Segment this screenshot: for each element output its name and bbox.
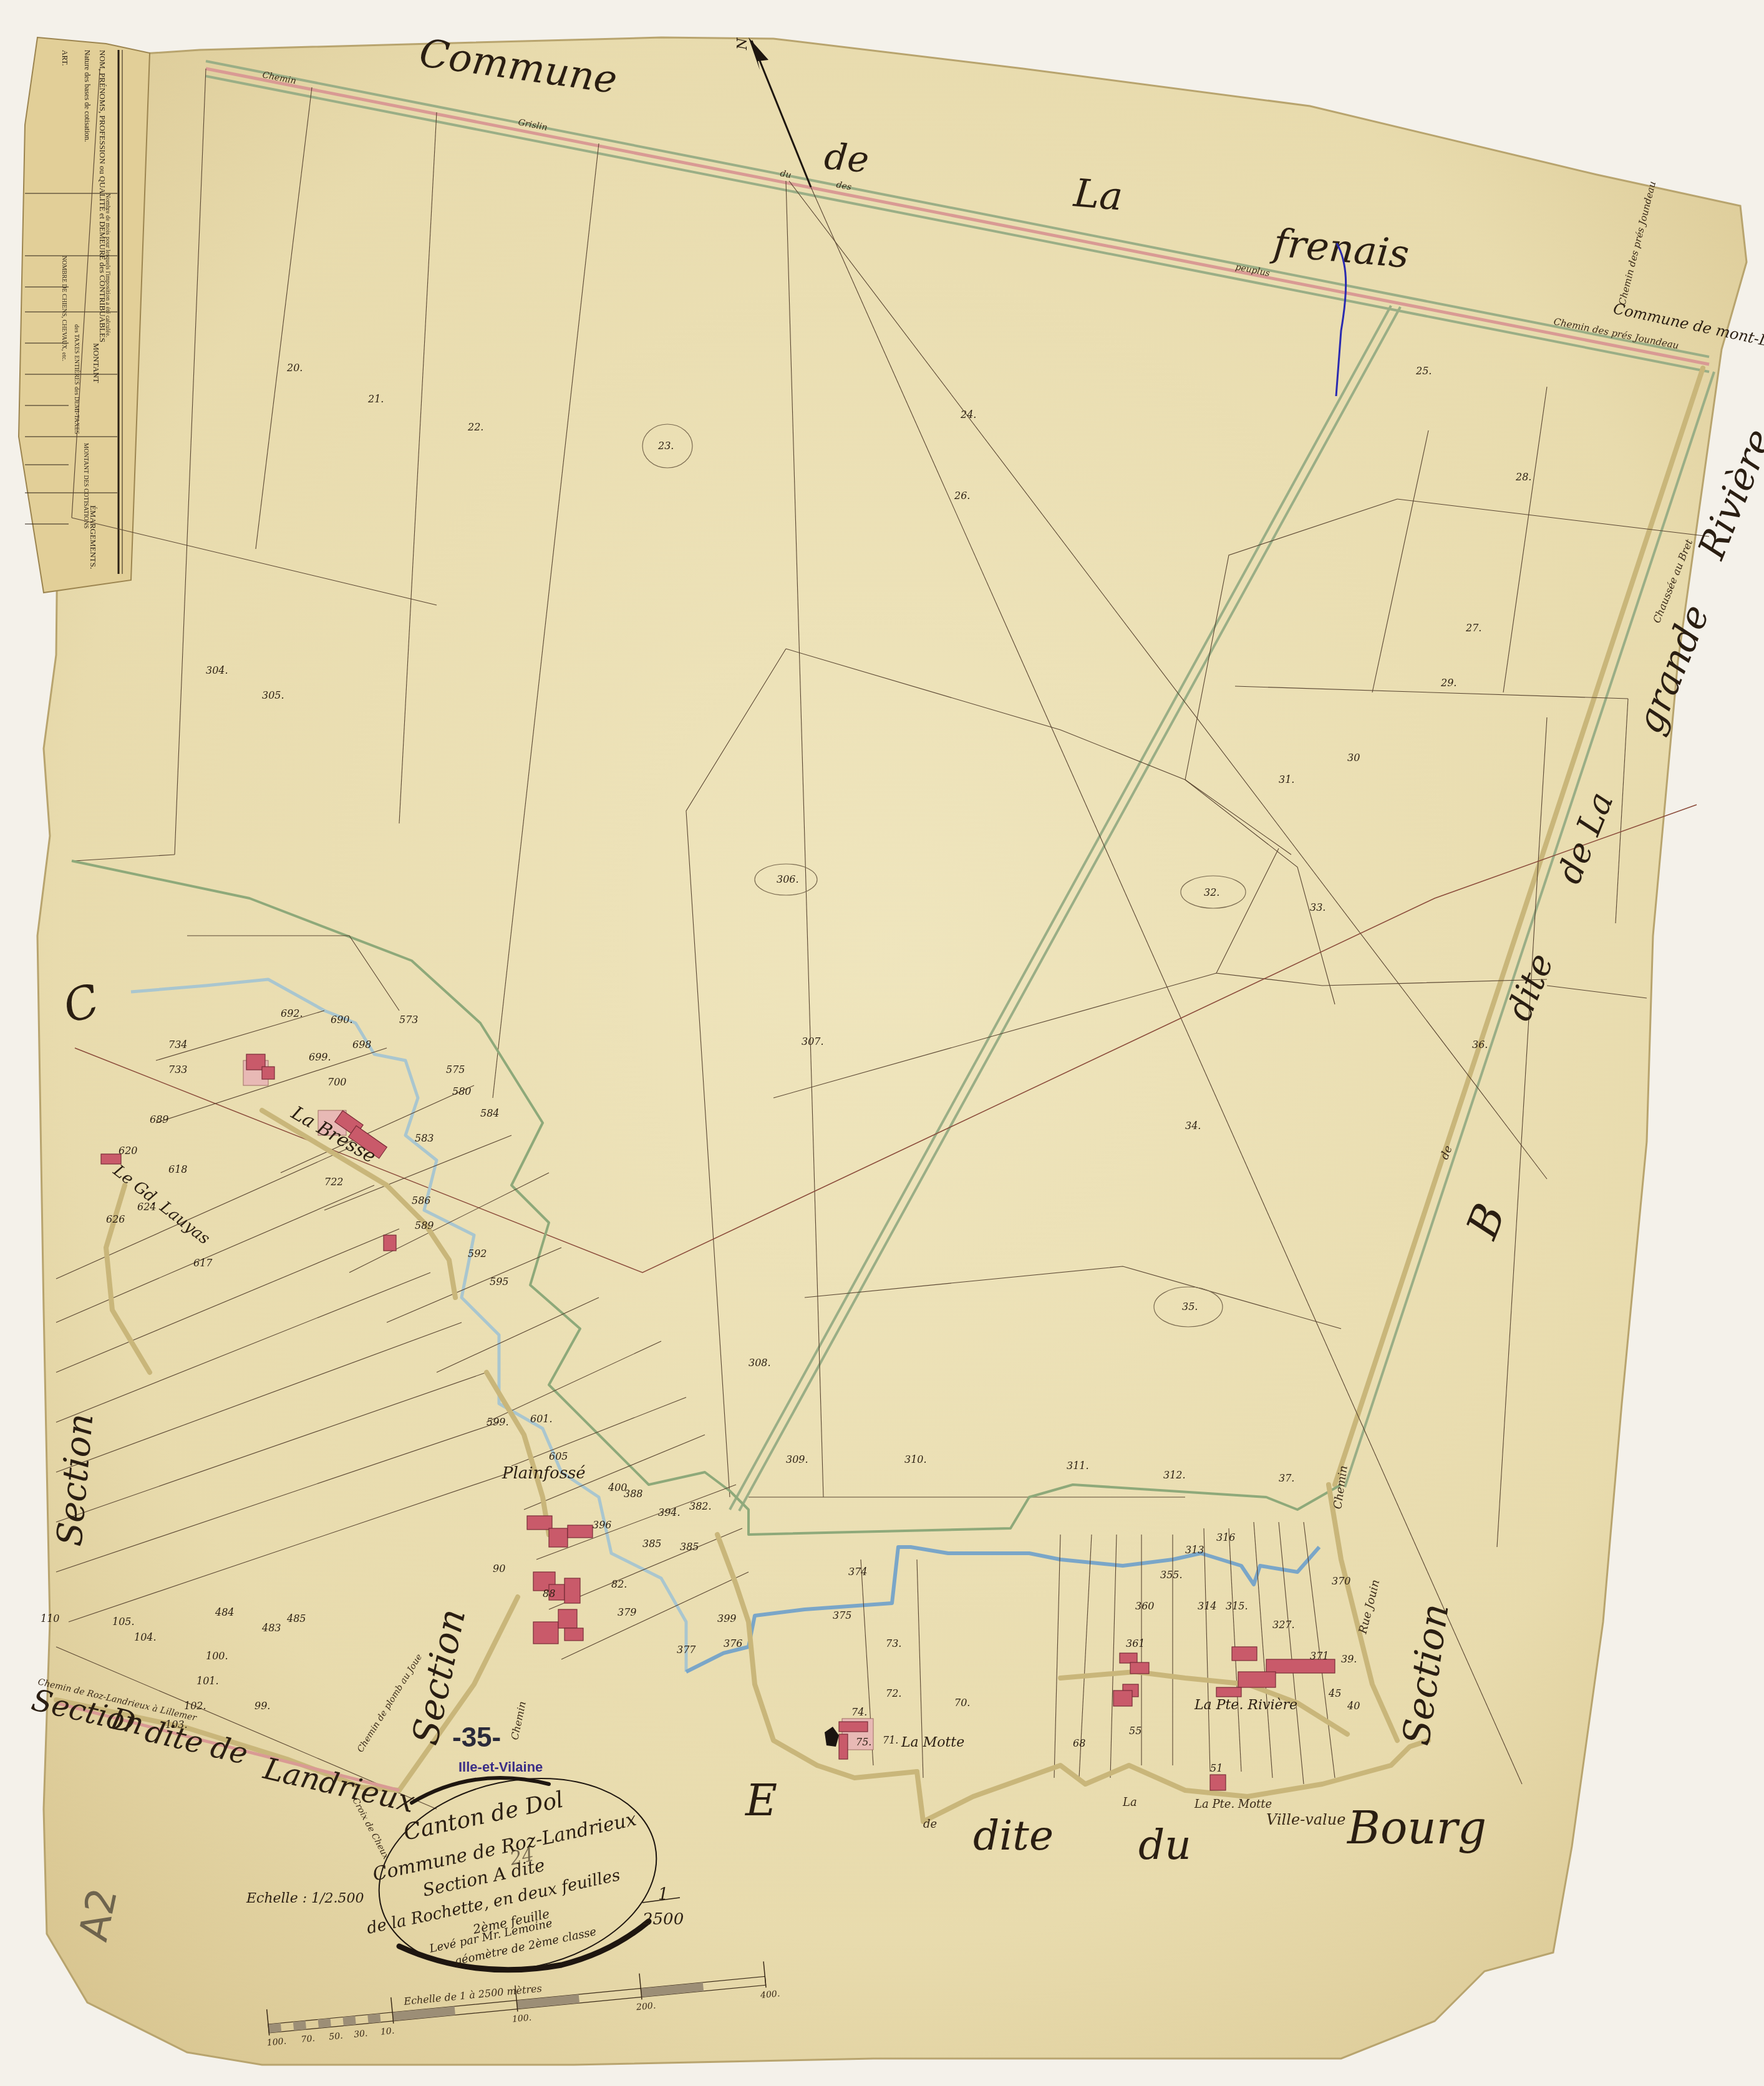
parcel-102: 102.	[184, 1700, 206, 1712]
form-col-months: Nombre de mois pour lesquels l'impositio…	[104, 193, 111, 337]
parcel-360: 360	[1135, 1600, 1155, 1612]
parcel-315: 315.	[1226, 1600, 1248, 1612]
scale-tick-70: 70.	[301, 2034, 316, 2045]
place-la-pte-riviere: La Pte. Rivière	[1194, 1697, 1297, 1713]
parcel-575: 575	[446, 1064, 465, 1075]
stamp-number: -35-	[452, 1722, 501, 1753]
parcel-34: 34.	[1185, 1120, 1201, 1132]
parcel-28: 28.	[1515, 471, 1531, 483]
parcel-306: 306.	[777, 873, 799, 885]
parcel-63: 55	[1129, 1725, 1141, 1737]
scale-fraction-numerator: 1	[658, 1885, 669, 1904]
parcel-27: 27.	[1465, 622, 1481, 634]
form-group-montant: MONTANT	[92, 343, 101, 383]
label-la: La	[1072, 170, 1125, 220]
parcel-307: 307.	[802, 1036, 824, 1047]
parcel-589: 589	[415, 1220, 434, 1231]
parcel-74: 74.	[851, 1706, 867, 1718]
parcel-72: 72.	[886, 1687, 901, 1699]
parcel-314: 314	[1198, 1600, 1217, 1612]
parcel-692: 692.	[281, 1007, 303, 1019]
parcel-385: 385	[680, 1541, 699, 1553]
parcel-48: 45	[1328, 1687, 1341, 1699]
parcel-22: 22.	[467, 421, 483, 433]
form-art-label: ART.	[61, 50, 69, 65]
road-label-du: du	[779, 168, 792, 180]
parcel-23: 23.	[657, 440, 674, 452]
label-du-south: du	[1138, 1821, 1191, 1869]
parcel-377: 376	[724, 1637, 743, 1649]
parcel-312: 312.	[1163, 1469, 1186, 1481]
parcel-698: 698	[352, 1039, 372, 1050]
label-ville-value: Ville-value	[1266, 1811, 1345, 1828]
parcel-483: 483	[261, 1622, 281, 1634]
parcel-69: 68	[1073, 1737, 1085, 1749]
parcel-308: 308.	[749, 1357, 771, 1369]
parcel-690: 690.	[331, 1014, 353, 1026]
parcel-398: 396	[593, 1519, 612, 1531]
parcel-484: 484	[215, 1606, 235, 1618]
parcel-361: 361	[1126, 1637, 1145, 1649]
parcel-29: 29.	[1440, 677, 1456, 689]
label-section-e: E	[744, 1775, 777, 1826]
parcel-580: 580	[452, 1085, 472, 1097]
parcel-41: 39.	[1341, 1653, 1357, 1665]
place-plainfosse: Plainfossé	[502, 1464, 586, 1483]
parcel-375: 375	[833, 1609, 852, 1621]
parcel-304: 304.	[206, 664, 228, 676]
parcel-595: 595	[490, 1276, 509, 1288]
parcel-38: 370	[1332, 1575, 1351, 1587]
label-bourg: Bourg	[1346, 1802, 1486, 1854]
form-group-cotisations: MONTANT DES COTISATIONS	[82, 443, 89, 528]
stamp-department: Ille-et-Vilaine	[458, 1759, 543, 1775]
parcel-73: 73.	[886, 1637, 901, 1649]
parcel-626: 626	[106, 1213, 125, 1225]
parcel-57: 51	[1210, 1762, 1223, 1774]
parcel-605: 605	[549, 1450, 568, 1462]
form-subheader: Nature des bases de cotisation.	[83, 50, 92, 142]
parcel-618: 618	[168, 1163, 188, 1175]
parcel-311: 311.	[1067, 1460, 1089, 1472]
parcel-313: 313	[1185, 1544, 1204, 1556]
parcel-105: 105.	[112, 1616, 135, 1628]
parcel-25: 25.	[1415, 365, 1432, 377]
parcel-399: 388	[624, 1488, 643, 1500]
parcel-37: 37.	[1279, 1472, 1294, 1484]
scale-tick-400: 400.	[759, 1989, 780, 2001]
parcel-310: 310.	[904, 1453, 927, 1465]
parcel-26: 26.	[954, 490, 970, 502]
parcel-305: 305.	[262, 689, 284, 701]
form-group-taxes: des TAXES ENTIÈRES	[73, 324, 80, 385]
parcel-583: 583	[415, 1132, 434, 1144]
parcel-101: 101.	[196, 1675, 219, 1687]
parcel-24: 24.	[960, 409, 976, 420]
parcel-316: 316	[1216, 1531, 1236, 1543]
form-group-emargements: ÉMARGEMENTS.	[89, 505, 98, 569]
parcel-32: 32.	[1204, 886, 1219, 898]
scale-fraction-denominator: 2500	[642, 1910, 684, 1929]
parcel-83: 82.	[611, 1578, 627, 1590]
label-dite-south: dite	[973, 1812, 1054, 1860]
parcel-736: 734	[168, 1039, 188, 1050]
label-la-south: La	[1122, 1796, 1137, 1809]
parcel-95: 90	[493, 1563, 505, 1574]
scale-tick-200: 200.	[635, 2001, 656, 2012]
parcel-735: 733	[168, 1064, 188, 1075]
scale-tick-30: 30.	[353, 2029, 368, 2040]
parcel-31: 31.	[1279, 774, 1294, 785]
parcel-380: 382.	[689, 1500, 712, 1512]
parcel-599: 599.	[487, 1416, 509, 1428]
parcel-309: 309.	[786, 1453, 808, 1465]
scale-tick-10: 10.	[380, 2026, 395, 2037]
parcel-584: 584	[480, 1107, 500, 1119]
label-de: de	[823, 135, 871, 181]
parcel-20: 20.	[286, 362, 303, 374]
parcel-392: 385	[642, 1538, 662, 1550]
scale-tick-50: 50.	[329, 2031, 344, 2042]
parcel-485: 485	[286, 1613, 306, 1624]
parcel-91: 88	[543, 1588, 555, 1599]
parcel-39: 371	[1310, 1650, 1329, 1662]
parcel-33: 33.	[1310, 901, 1325, 913]
parcel-699: 699.	[309, 1051, 331, 1063]
parcel-110: 110	[41, 1613, 60, 1624]
parcel-573: 573	[399, 1014, 419, 1026]
parcel-103: 103.	[165, 1719, 188, 1730]
scale-label: Echelle : 1/2.500	[246, 1891, 364, 1906]
scale-tick-100-left: 100.	[266, 2036, 287, 2048]
parcel-44: 40	[1347, 1700, 1360, 1712]
parcel-586: 586	[412, 1195, 431, 1206]
parcel-730: 689	[150, 1113, 169, 1125]
parcel-601: 601.	[530, 1413, 553, 1425]
parcel-21: 21.	[367, 393, 384, 405]
parcel-100: 100.	[206, 1650, 228, 1662]
parcel-70: 70.	[954, 1697, 970, 1709]
label-de-south: de	[923, 1818, 937, 1831]
label-pte-motte: La Pte. Motte	[1194, 1798, 1272, 1811]
parcel-104: 104.	[134, 1631, 157, 1643]
parcel-620: 620	[119, 1145, 138, 1157]
north-arrow-label: N	[735, 37, 750, 51]
parcel-395: 394.	[658, 1506, 681, 1518]
parcel-617: 617	[193, 1257, 213, 1269]
parcel-30: 30	[1347, 752, 1360, 764]
place-la-motte: La Motte	[901, 1735, 964, 1750]
cadastral-map: NOM, PRÉNOMS, PROFESSION ou QUALITÉ et D…	[0, 0, 1764, 2086]
parcel-327: 327.	[1272, 1619, 1295, 1631]
parcel-36: 36.	[1472, 1039, 1488, 1050]
parcel-374: 374	[848, 1566, 868, 1578]
parcel-624: 624	[137, 1201, 157, 1213]
form-group-dogs: NOMBRE DE CHIENS, CHEVAUX, etc.	[61, 256, 67, 361]
parcel-71: 71.	[883, 1734, 898, 1746]
parcel-722: 722	[324, 1176, 344, 1188]
parcel-376: 399	[717, 1613, 737, 1624]
parcel-355: 355.	[1160, 1569, 1183, 1581]
parcel-378: 377	[677, 1644, 696, 1656]
form-group-demi: des DEMI-TAXES	[73, 387, 80, 434]
parcel-700: 700	[327, 1076, 347, 1088]
scale-tick-100: 100.	[511, 2013, 532, 2025]
parcel-82: 379	[618, 1606, 637, 1618]
parcel-75: 75.	[856, 1736, 871, 1748]
parcel-99: 99.	[254, 1700, 270, 1712]
parcel-592: 592	[468, 1248, 487, 1259]
parcel-35: 35.	[1182, 1301, 1198, 1312]
